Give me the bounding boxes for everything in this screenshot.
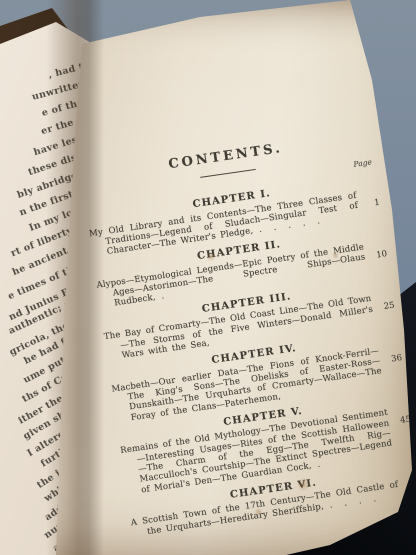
chapter-page-number: 45 (387, 405, 412, 428)
chapter-page-number: 36 (378, 343, 403, 366)
leader-dots: . (311, 459, 321, 470)
leader-dots (209, 337, 216, 348)
contents-page-content: CONTENTS. Page CHAPTER I. My Old Library… (80, 128, 416, 539)
chapter-page-number: 25 (371, 291, 396, 314)
chapter-page-number: 1 (356, 187, 381, 210)
open-book-photo: s, , had the unwritten w e of the m er t… (0, 0, 416, 555)
chapter-list: CHAPTER I. My Old Library and its Conten… (86, 173, 416, 539)
chapter-page-number: 10 (363, 239, 388, 262)
leader-dots (280, 390, 287, 401)
leader-dots: . (155, 292, 165, 303)
contents-title: CONTENTS. (80, 128, 371, 184)
